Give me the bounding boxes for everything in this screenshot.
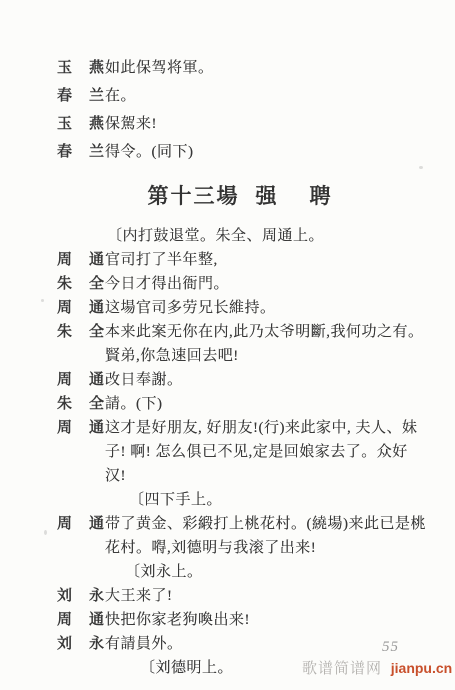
scene-body: 〔内打鼓退堂。朱全、周通上。周 通官司打了半年整,朱 全今日才得出衙門。周 通这…	[57, 224, 427, 680]
script-line: 周 通官司打了半年整,	[57, 248, 427, 272]
stage-direction: 〔四下手上。	[57, 488, 427, 512]
dialogue-text: 請。(下)	[105, 392, 427, 416]
dialogue-text: 这場官司多劳兄长維持。	[105, 296, 427, 320]
page-content: 玉 燕如此保驾将軍。春 兰在。玉 燕保駕来!春 兰得令。(同下) 第十三場强 聘…	[57, 54, 427, 680]
dialogue-text: 如此保驾将軍。	[105, 54, 427, 82]
dialogue-text: 带了黄金、彩緞打上桃花村。(繞場)来此已是桃花村。嘚,刘德明与我滚了出来!	[105, 512, 427, 560]
speaker-name: 刘 永	[57, 632, 105, 656]
script-prologue: 玉 燕如此保驾将軍。春 兰在。玉 燕保駕来!春 兰得令。(同下)	[57, 54, 427, 166]
watermark: 歌谱简谱网 jianpu.cn	[302, 657, 452, 678]
page-number: 55	[382, 639, 399, 656]
dialogue-text: 这才是好朋友, 好朋友!(行)来此家中, 夫人、妹子! 啊! 怎么俱已不见,定是…	[105, 416, 427, 488]
dialogue-text: 得令。(同下)	[105, 138, 427, 166]
scene-title: 强 聘	[256, 184, 337, 208]
script-line: 玉 燕保駕来!	[57, 110, 427, 138]
speaker-name: 玉 燕	[57, 54, 105, 82]
scene-number: 第十三場	[148, 184, 240, 208]
script-line: 周 通改日奉謝。	[57, 368, 427, 392]
script-line: 朱 全請。(下)	[57, 392, 427, 416]
dialogue-text: 有請員外。	[105, 632, 427, 656]
dialogue-text: 大王来了!	[105, 584, 427, 608]
speaker-name: 朱 全	[57, 392, 105, 416]
speaker-name: 刘 永	[57, 584, 105, 608]
stage-direction: 〔刘永上。	[57, 560, 427, 584]
script-line: 春 兰得令。(同下)	[57, 138, 427, 166]
speaker-name: 春 兰	[57, 138, 105, 166]
dialogue-text: 改日奉謝。	[105, 368, 427, 392]
script-line: 春 兰在。	[57, 82, 427, 110]
script-line: 刘 永大王来了!	[57, 584, 427, 608]
speaker-name: 玉 燕	[57, 110, 105, 138]
dialogue-text: 官司打了半年整,	[105, 248, 427, 272]
speaker-name: 周 通	[57, 248, 105, 272]
stage-direction: 〔内打鼓退堂。朱全、周通上。	[57, 224, 427, 248]
scan-artifact	[44, 530, 47, 535]
script-line: 周 通这場官司多劳兄长維持。	[57, 296, 427, 320]
scene-heading: 第十三場强 聘	[57, 181, 427, 211]
scanned-script-page: 玉 燕如此保驾将軍。春 兰在。玉 燕保駕来!春 兰得令。(同下) 第十三場强 聘…	[0, 0, 455, 690]
watermark-site-url: jianpu.cn	[391, 660, 452, 676]
speaker-name: 春 兰	[57, 82, 105, 110]
speaker-name: 周 通	[57, 608, 105, 632]
watermark-site-name: 歌谱简谱网	[302, 661, 382, 677]
scan-artifact	[41, 299, 44, 302]
speaker-name: 周 通	[57, 416, 105, 488]
script-line: 玉 燕如此保驾将軍。	[57, 54, 427, 82]
script-line: 朱 全本来此案无你在内,此乃太爷明斷,我何功之有。賢弟,你急速回去吧!	[57, 320, 427, 368]
script-line: 周 通快把你家老狗喚出来!	[57, 608, 427, 632]
dialogue-text: 本来此案无你在内,此乃太爷明斷,我何功之有。賢弟,你急速回去吧!	[105, 320, 427, 368]
speaker-name: 周 通	[57, 296, 105, 320]
script-line: 周 通这才是好朋友, 好朋友!(行)来此家中, 夫人、妹子! 啊! 怎么俱已不见…	[57, 416, 427, 488]
script-line: 刘 永有請員外。	[57, 632, 427, 656]
speaker-name: 周 通	[57, 512, 105, 560]
dialogue-text: 在。	[105, 82, 427, 110]
script-line: 周 通带了黄金、彩緞打上桃花村。(繞場)来此已是桃花村。嘚,刘德明与我滚了出来!	[57, 512, 427, 560]
speaker-name: 朱 全	[57, 320, 105, 368]
dialogue-text: 今日才得出衙門。	[105, 272, 427, 296]
dialogue-text: 快把你家老狗喚出来!	[105, 608, 427, 632]
dialogue-text: 保駕来!	[105, 110, 427, 138]
speaker-name: 朱 全	[57, 272, 105, 296]
script-line: 朱 全今日才得出衙門。	[57, 272, 427, 296]
scan-artifact	[419, 166, 423, 169]
speaker-name: 周 通	[57, 368, 105, 392]
